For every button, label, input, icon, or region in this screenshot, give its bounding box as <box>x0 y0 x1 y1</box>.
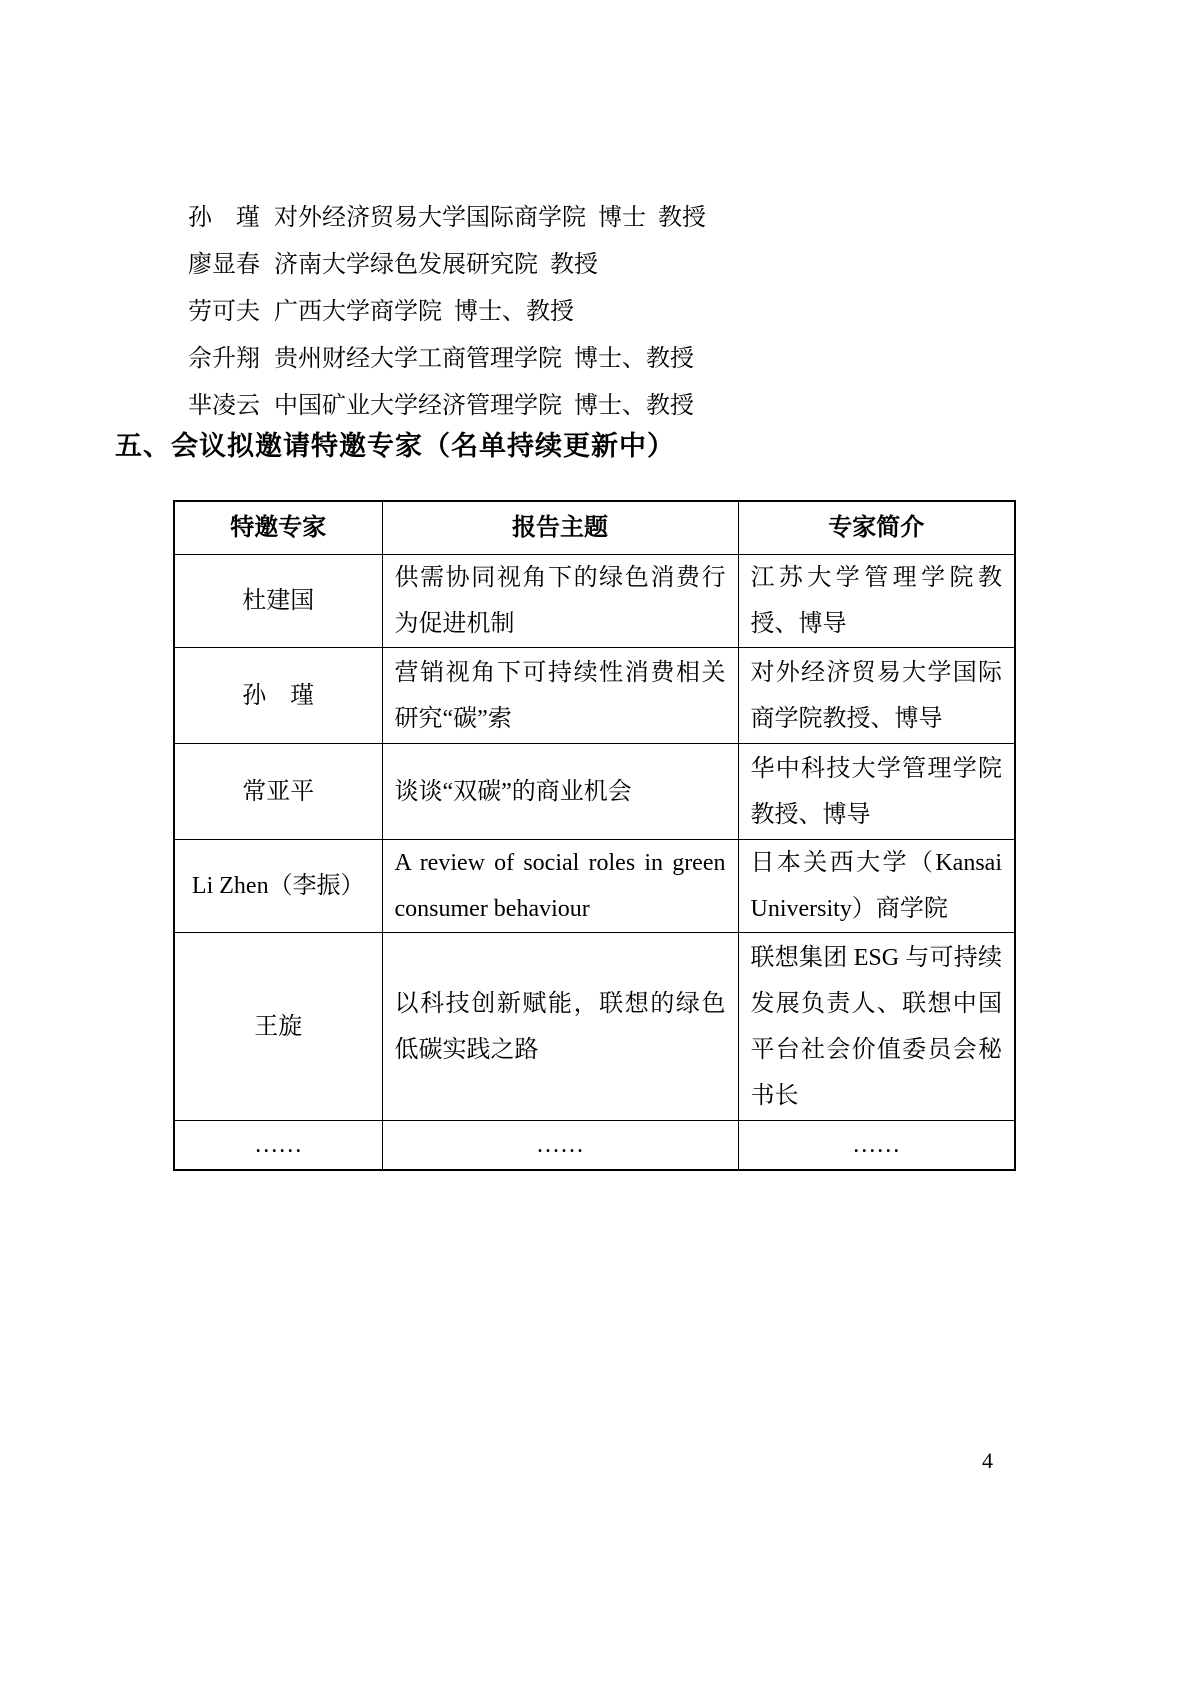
profile-cell: 日本关西大学（Kansai University）商学院 <box>738 840 1015 933</box>
table-row: 常亚平 谈谈“双碳”的商业机会 华中科技大学管理学院教授、博导 <box>174 744 1015 840</box>
expert-affiliation: 广西大学商学院 博士、教授 <box>274 299 574 325</box>
topic-cell: A review of social roles in green consum… <box>382 840 738 933</box>
profile-cell: 联想集团 ESG 与可持续发展负责人、联想中国平台社会价值委员会秘书长 <box>738 933 1015 1121</box>
expert-name-cell: 王旋 <box>174 933 382 1121</box>
section-title: 五、会议拟邀请特邀专家（名单持续更新中） <box>115 424 675 463</box>
expert-name: 孙 瑾 <box>188 195 260 242</box>
expert-affiliation: 济南大学绿色发展研究院 教授 <box>274 252 598 278</box>
topic-cell: 以科技创新赋能，联想的绿色低碳实践之路 <box>382 933 738 1121</box>
profile-cell: 对外经济贸易大学国际商学院教授、博导 <box>738 648 1015 744</box>
topic-cell: …… <box>382 1121 738 1170</box>
expert-affiliation: 对外经济贸易大学国际商学院 博士 教授 <box>274 205 706 231</box>
expert-name: 佘升翔 <box>188 336 260 383</box>
profile-cell: …… <box>738 1121 1015 1170</box>
expert-name-list: 孙 瑾对外经济贸易大学国际商学院 博士 教授 廖显春济南大学绿色发展研究院 教授… <box>152 148 706 383</box>
table-row: 孙 瑾 营销视角下可持续性消费相关研究“碳”索 对外经济贸易大学国际商学院教授、… <box>174 648 1015 744</box>
expert-affiliation: 中国矿业大学经济管理学院 博士、教授 <box>274 393 694 419</box>
table-header-row: 特邀专家 报告主题 专家简介 <box>174 501 1015 555</box>
expert-name: 廖显春 <box>188 242 260 289</box>
header-topic: 报告主题 <box>382 501 738 555</box>
expert-name: 芈凌云 <box>188 383 260 430</box>
table-row: Li Zhen（李振） A review of social roles in … <box>174 840 1015 933</box>
list-item: 孙 瑾对外经济贸易大学国际商学院 博士 教授 <box>152 148 706 195</box>
document-page: 孙 瑾对外经济贸易大学国际商学院 博士 教授 廖显春济南大学绿色发展研究院 教授… <box>0 0 1191 1684</box>
expert-name: 劳可夫 <box>188 289 260 336</box>
header-expert: 特邀专家 <box>174 501 382 555</box>
expert-name-cell: …… <box>174 1121 382 1170</box>
topic-cell: 谈谈“双碳”的商业机会 <box>382 744 738 840</box>
profile-cell: 华中科技大学管理学院教授、博导 <box>738 744 1015 840</box>
table-row: 杜建国 供需协同视角下的绿色消费行为促进机制 江苏大学管理学院教授、博导 <box>174 555 1015 648</box>
page-number: 4 <box>982 1448 993 1474</box>
expert-name-cell: Li Zhen（李振） <box>174 840 382 933</box>
profile-cell: 江苏大学管理学院教授、博导 <box>738 555 1015 648</box>
invited-experts-table: 特邀专家 报告主题 专家简介 杜建国 供需协同视角下的绿色消费行为促进机制 江苏… <box>173 500 1016 1171</box>
header-profile: 专家简介 <box>738 501 1015 555</box>
expert-name-cell: 常亚平 <box>174 744 382 840</box>
table-row: 王旋 以科技创新赋能，联想的绿色低碳实践之路 联想集团 ESG 与可持续发展负责… <box>174 933 1015 1121</box>
topic-cell: 营销视角下可持续性消费相关研究“碳”索 <box>382 648 738 744</box>
expert-affiliation: 贵州财经大学工商管理学院 博士、教授 <box>274 346 694 372</box>
expert-name-cell: 孙 瑾 <box>174 648 382 744</box>
topic-cell: 供需协同视角下的绿色消费行为促进机制 <box>382 555 738 648</box>
expert-name-cell: 杜建国 <box>174 555 382 648</box>
table-row: …… …… …… <box>174 1121 1015 1170</box>
